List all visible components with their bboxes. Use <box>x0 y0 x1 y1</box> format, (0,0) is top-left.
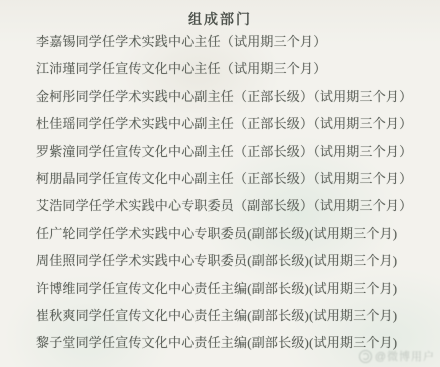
appointment-line: 许博维同学任宣传文化中心责任主编(副部长级)(试用期三个月) <box>36 282 430 295</box>
appointment-line: 李嘉锡同学任学术实践中心主任（试用期三个月） <box>36 35 430 48</box>
watermark-text: @微博用户 <box>375 348 435 364</box>
appointment-line: 江沛瑾同学任宣传文化中心主任（试用期三个月） <box>36 62 430 75</box>
weibo-logo-icon <box>359 350 372 363</box>
appointment-line: 柯朋晶同学任宣传文化中心副主任（正部长级）（试用期三个月） <box>36 172 430 185</box>
appointment-line: 罗紫潼同学任宣传文化中心副主任（正部长级）（试用期三个月） <box>36 145 430 158</box>
appointment-line: 崔秋爽同学任宣传文化中心责任主编(副部长级)(试用期三个月) <box>36 309 430 322</box>
appointment-line: 周佳照同学任学术实践中心专职委员(副部长级)(试用期三个月) <box>36 254 430 267</box>
appointment-line: 杜佳瑶同学任学术实践中心副主任（正部长级）（试用期三个月） <box>36 117 430 130</box>
appointment-line: 艾浩同学任学术实践中心专职委员（副部长级）（试用期三个月） <box>36 199 430 212</box>
watermark: @微博用户 <box>359 348 435 364</box>
appointment-line: 任广轮同学任学术实践中心专职委员(副部长级)(试用期三个月) <box>36 227 430 240</box>
document-title: 组成部门 <box>0 9 440 29</box>
document-photo: 组成部门 李嘉锡同学任学术实践中心主任（试用期三个月） 江沛瑾同学任宣传文化中心… <box>0 0 440 367</box>
appointment-list: 李嘉锡同学任学术实践中心主任（试用期三个月） 江沛瑾同学任宣传文化中心主任（试用… <box>36 35 430 364</box>
appointment-line: 金柯彤同学任学术实践中心副主任（正部长级）（试用期三个月） <box>36 90 430 103</box>
